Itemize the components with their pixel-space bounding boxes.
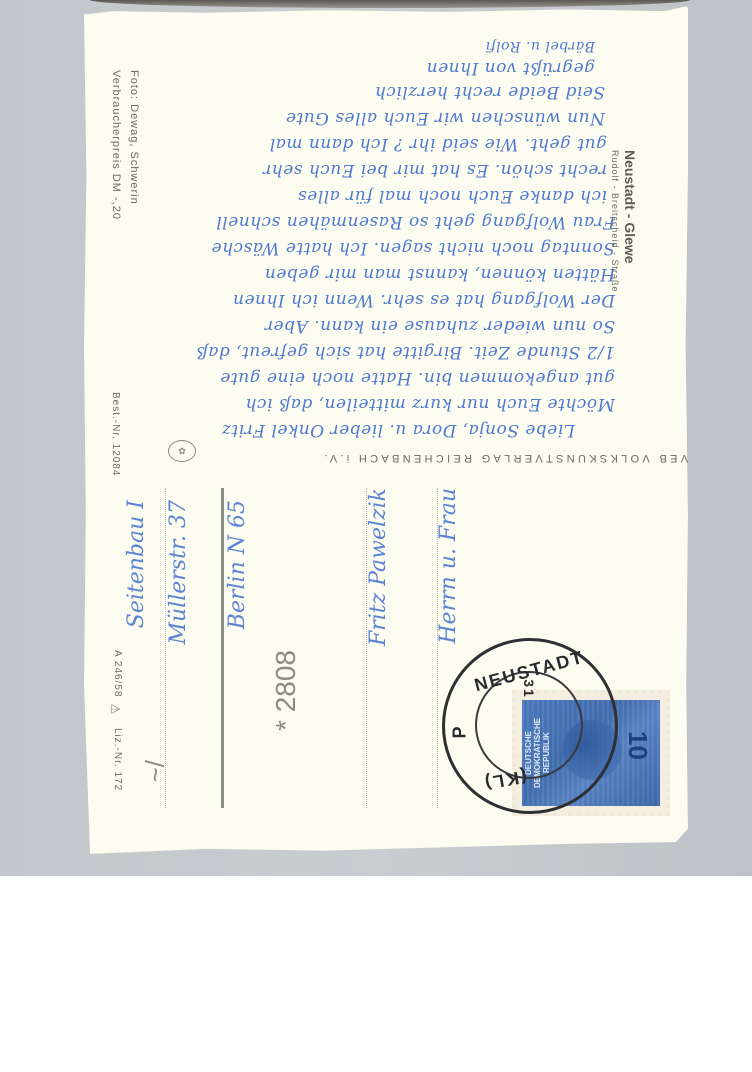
postmark-suffix: (KL) bbox=[482, 765, 529, 793]
message-line: gut geht. Wie seid ihr ? Ich dann mal bbox=[269, 134, 607, 154]
postmark-date: 31 bbox=[521, 679, 537, 699]
message-line: Seid Beide recht herzlich bbox=[374, 82, 605, 102]
license-number: Liz.-Nr. 172 bbox=[112, 728, 123, 791]
message-line: Hätten können, kannst man mir geben bbox=[264, 264, 615, 284]
postmark-letter: P bbox=[450, 724, 471, 738]
address-line-5: Seitenbau I bbox=[124, 500, 149, 628]
address-line-3: Berlin N 65 bbox=[225, 500, 250, 629]
message-line: Liebe Sonja, Dora u. lieber Onkel Fritz bbox=[221, 420, 575, 440]
photo-credit: Foto: Dewag, Schwerin bbox=[128, 70, 140, 205]
license-code: A 246/58 bbox=[112, 650, 123, 697]
message-line: Nun wünschen wir Euch alles Gute bbox=[285, 108, 605, 128]
pencil-initial: ~/ bbox=[140, 760, 171, 782]
message-line: gut angekommen bin. Hatte noch eine gute bbox=[220, 368, 615, 388]
address-line-2: Fritz Pawelzik bbox=[366, 488, 391, 646]
message-line: gegrüßt von Ihnen bbox=[426, 58, 595, 78]
place-title: Neustadt - Glewe bbox=[622, 150, 638, 264]
message-line: Bärbel u. Rolfi bbox=[485, 38, 595, 54]
message-line: ich danke Euch noch mal für alles bbox=[298, 186, 608, 206]
stamp-value: 10 bbox=[622, 731, 653, 760]
address-line-4: Müllerstr. 37 bbox=[166, 500, 191, 645]
message-line: 1/2 Stunde Zeit. Birgitte hat sich gefre… bbox=[196, 342, 615, 362]
address-rule-heavy bbox=[221, 488, 224, 808]
publisher-logo-icon: ✿ bbox=[168, 440, 196, 462]
message-line: Sonntag noch nicht sagen. Ich hatte Wäsc… bbox=[211, 238, 615, 258]
message-line: recht schön. Es hat mir bei Euch sehr bbox=[263, 160, 607, 180]
address-line-1: Herrn u. Frau bbox=[436, 488, 461, 644]
postmark: NEUSTADT P (KL) 31 bbox=[442, 638, 618, 814]
message-line: So nun wieder zuhause ein kann. Aber bbox=[264, 316, 615, 336]
message-line: Frau Wolfgang geht so Rasenmähen schnell bbox=[216, 212, 615, 232]
license-logo-icon: ⚠ bbox=[108, 704, 122, 715]
handwritten-message: Bärbel u. Rolfi gegrüßt von Ihnen Seid B… bbox=[95, 20, 615, 430]
message-line: Möchte Euch nur kurz mitteilen, daß ich bbox=[245, 394, 615, 414]
consumer-price: Verbraucherpreis DM -,20 bbox=[110, 70, 122, 220]
order-number: Best.-Nr. 12084 bbox=[110, 392, 121, 476]
publisher-line: VEB VOLKSKUNSTVERLAG REICHENBACH i.V. bbox=[208, 444, 688, 464]
place-subtitle: Rudolf - Breitscheid - Straße bbox=[610, 150, 620, 293]
message-line: Der Wolfgang hat es sehr. Wenn ich Ihnen bbox=[233, 290, 615, 310]
dealer-code: * 2808 bbox=[270, 650, 302, 731]
